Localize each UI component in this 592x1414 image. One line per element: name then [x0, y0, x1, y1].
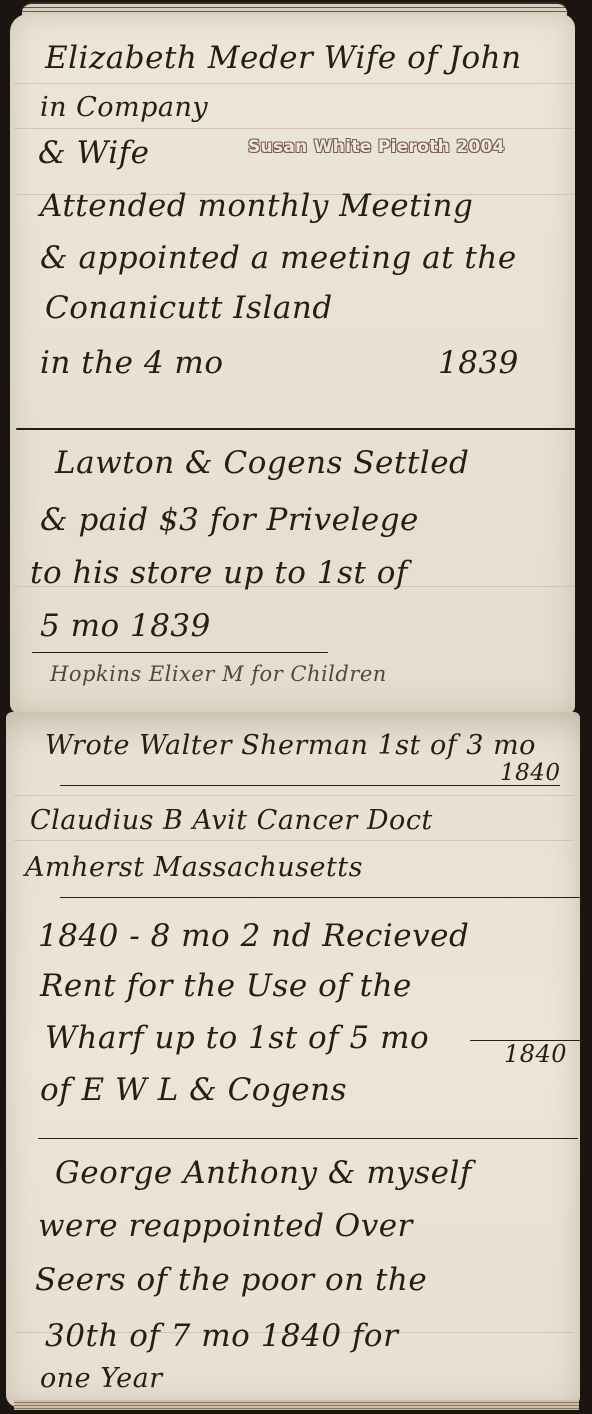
- ruled-line: [14, 795, 574, 796]
- entry-line: to his store up to 1st of: [30, 555, 408, 591]
- entry-line: Claudius B Avit Cancer Doct: [30, 805, 433, 836]
- entry-divider: [16, 428, 576, 430]
- entry-line: Rent for the Use of the: [40, 968, 412, 1004]
- entry-line: & appointed a meeting at the: [40, 240, 517, 276]
- entry-year: 1840: [500, 760, 561, 786]
- entry-line: & Wife: [38, 135, 150, 171]
- entry-year: 1840: [504, 1040, 567, 1068]
- entry-line: Elizabeth Meder Wife of John: [45, 40, 522, 76]
- entry-line: Lawton & Cogens Settled: [55, 445, 469, 481]
- entry-line: Wrote Walter Sherman 1st of 3 mo: [45, 730, 536, 761]
- fraction-line: [470, 1040, 580, 1041]
- entry-line: 30th of 7 mo 1840 for: [45, 1318, 398, 1354]
- entry-line: George Anthony & myself: [55, 1155, 472, 1191]
- entry-year: 1839: [438, 345, 519, 381]
- copyright-watermark: Susan White Pieroth 2004: [248, 137, 505, 157]
- book-bottom-edges: [14, 1400, 579, 1410]
- ruled-line: [14, 128, 574, 129]
- entry-line: in the 4 mo: [40, 345, 224, 381]
- ruled-line: [14, 83, 574, 84]
- entry-line: Seers of the poor on the: [35, 1262, 427, 1298]
- entry-line: were reappointed Over: [38, 1208, 413, 1244]
- entry-line: & paid $3 for Privelege: [40, 502, 419, 538]
- entry-line: in Company: [40, 92, 208, 123]
- entry-line: one Year: [40, 1363, 163, 1394]
- entry-line-elixir-note: Hopkins Elixer M for Children: [50, 662, 387, 686]
- entry-line: of E W L & Cogens: [40, 1072, 347, 1108]
- entry-line: Conanicutt Island: [45, 290, 333, 326]
- entry-underline: [32, 652, 328, 653]
- entry-divider: [60, 785, 560, 786]
- ruled-line: [14, 840, 574, 841]
- entry-line: Amherst Massachusetts: [25, 852, 363, 883]
- entry-divider: [60, 897, 580, 898]
- entry-line: Wharf up to 1st of 5 mo: [45, 1020, 429, 1056]
- entry-line: Attended monthly Meeting: [40, 188, 473, 224]
- entry-divider: [38, 1138, 578, 1139]
- entry-line: 5 mo 1839: [40, 608, 211, 644]
- entry-line: 1840 - 8 mo 2 nd Recieved: [38, 918, 469, 954]
